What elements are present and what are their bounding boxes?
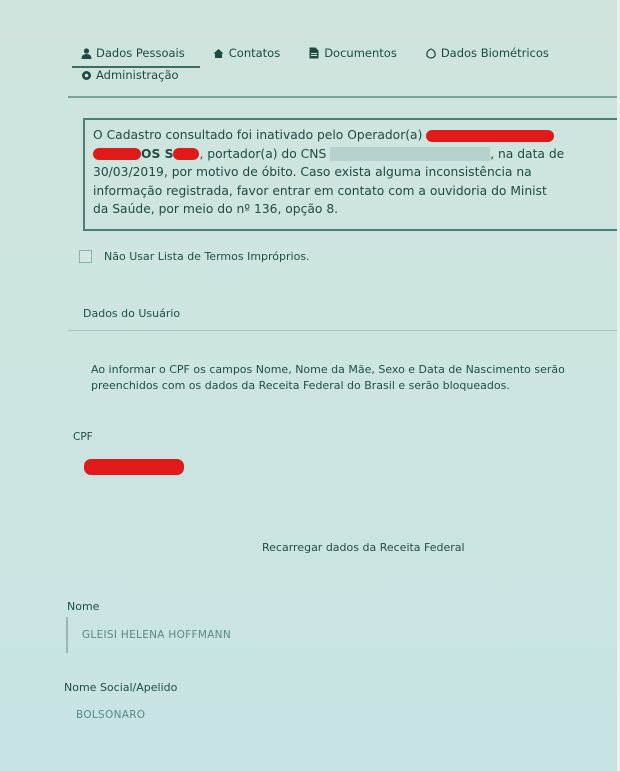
redaction-operator-surname [173, 148, 199, 160]
tab-dados-pessoais[interactable]: Dados Pessoais [80, 46, 185, 60]
alert-text-bold: OS S [141, 147, 173, 161]
nome-social-label: Nome Social/Apelido [64, 681, 177, 694]
active-tab-indicator [72, 66, 200, 68]
user-icon [80, 47, 92, 59]
info-line: preenchidos com os dados da Receita Fede… [91, 378, 620, 394]
tab-label: Dados Pessoais [96, 46, 185, 60]
tab-label: Documentos [324, 46, 397, 60]
nome-label: Nome [67, 600, 99, 613]
gear-icon [80, 69, 92, 81]
redaction-cns [330, 147, 490, 161]
redaction-operator [426, 130, 554, 142]
alert-text: da Saúde, por meio do nº 136, opção 8. [93, 200, 614, 219]
tab-bar: Dados Pessoais Contatos Documentos Dados… [80, 44, 620, 84]
nome-field[interactable]: GLEISI HELENA HOFFMANN [66, 617, 568, 653]
inactivation-alert: O Cadastro consultado foi inativado pelo… [83, 118, 620, 231]
cpf-info-text: Ao informar o CPF os campos Nome, Nome d… [91, 362, 620, 394]
alert-text: , na data de [490, 147, 564, 161]
alert-text: , portador(a) do CNS [199, 147, 330, 161]
tab-label: Dados Biométricos [441, 46, 549, 60]
home-icon [213, 47, 225, 59]
nome-social-field[interactable]: BOLSONARO [76, 709, 145, 721]
document-icon [308, 47, 320, 59]
tab-label: Administração [96, 68, 179, 82]
cpf-field-redacted[interactable] [84, 459, 184, 475]
redaction-operator-name [93, 148, 141, 160]
terms-checkbox[interactable] [79, 250, 92, 263]
tabs-divider [68, 96, 620, 98]
info-line: Ao informar o CPF os campos Nome, Nome d… [91, 362, 620, 378]
alert-text: informação registrada, favor entrar em c… [93, 182, 614, 201]
terms-checkbox-row[interactable]: Não Usar Lista de Termos Impróprios. [79, 250, 310, 263]
nome-value: GLEISI HELENA HOFFMANN [82, 629, 231, 641]
alert-text: O Cadastro consultado foi inativado pelo… [93, 128, 426, 142]
section-divider [68, 330, 620, 331]
alert-text: 30/03/2019, por motivo de óbito. Caso ex… [93, 163, 614, 182]
tab-documentos[interactable]: Documentos [308, 46, 397, 60]
terms-checkbox-label: Não Usar Lista de Termos Impróprios. [104, 250, 310, 263]
tab-contatos[interactable]: Contatos [213, 46, 280, 60]
section-title: Dados do Usuário [83, 307, 180, 320]
tab-label: Contatos [229, 46, 280, 60]
reload-receita-button[interactable]: Recarregar dados da Receita Federal [262, 541, 465, 554]
cpf-label: CPF [73, 431, 93, 443]
fingerprint-icon [425, 47, 437, 59]
tab-dados-biometricos[interactable]: Dados Biométricos [425, 46, 549, 60]
tab-administracao[interactable]: Administração [80, 68, 179, 82]
